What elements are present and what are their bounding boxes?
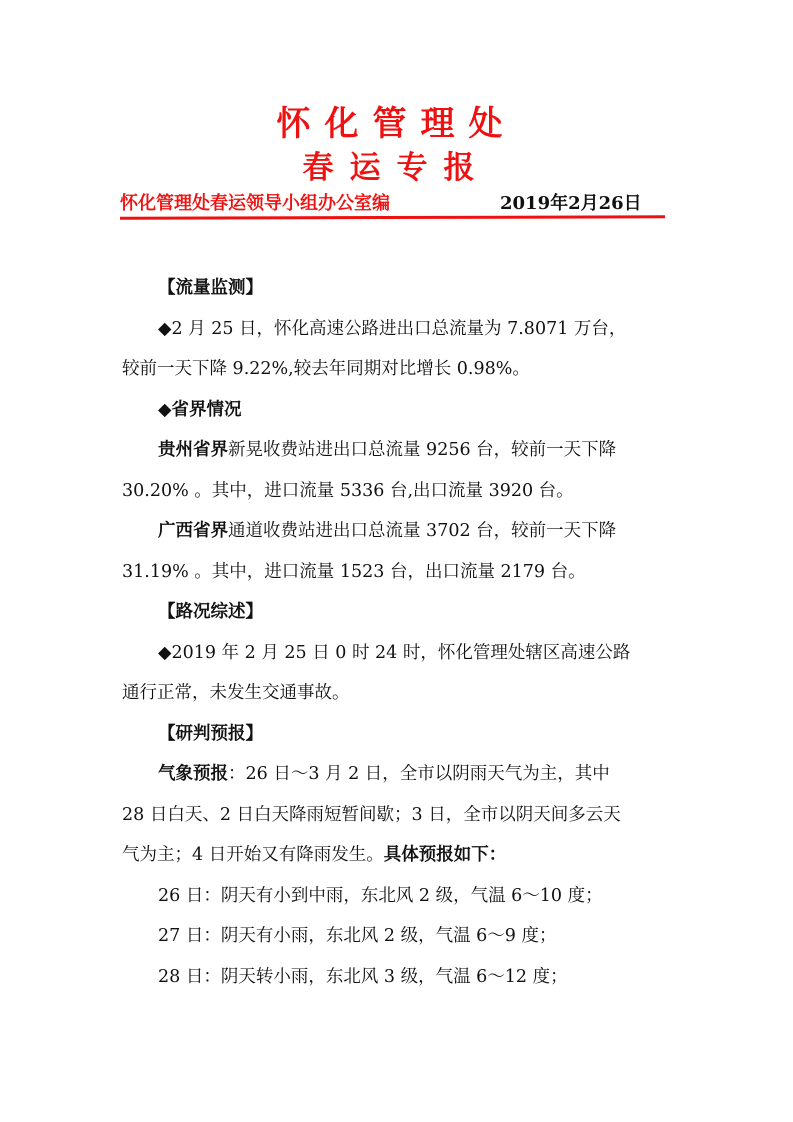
section-heading-forecast: 【研判预报】 bbox=[122, 714, 674, 755]
weather-text: 气为主；4 日开始又有降雨发生。 bbox=[122, 845, 384, 865]
weather-paragraph: 气象预报：26 日～3 月 2 日，全市以阴雨天气为主，其中 bbox=[122, 754, 674, 795]
flow-paragraph-line: ◆2 月 25 日，怀化高速公路进出口总流量为 7.8071 万台， bbox=[122, 309, 674, 350]
detail-label: 具体预报如下： bbox=[384, 845, 507, 865]
section-heading-road: 【路况综述】 bbox=[122, 592, 674, 633]
document-body: 【流量监测】 ◆2 月 25 日，怀化高速公路进出口总流量为 7.8071 万台… bbox=[122, 268, 674, 997]
guizhou-paragraph-line: 30.20% 。其中，进口流量 5336 台,出口流量 3920 台。 bbox=[122, 471, 674, 512]
report-date: 2019年2月26日 bbox=[500, 189, 642, 215]
weather-label: 气象预报 bbox=[158, 764, 228, 784]
forecast-day: 27 日：阴天有小雨，东北风 2 级，气温 6～9 度； bbox=[122, 916, 674, 957]
editor-line: 怀化管理处春运领导小组办公室编 bbox=[120, 189, 390, 215]
road-paragraph-line: ◆2019 年 2 月 25 日 0 时 24 时，怀化管理处辖区高速公路 bbox=[122, 633, 674, 674]
weather-paragraph-line: 气为主；4 日开始又有降雨发生。具体预报如下： bbox=[122, 835, 674, 876]
guangxi-paragraph-line: 31.19% 。其中，进口流量 1523 台，出口流量 2179 台。 bbox=[122, 552, 674, 593]
forecast-day: 28 日：阴天转小雨，东北风 3 级，气温 6～12 度； bbox=[122, 957, 674, 998]
section-heading-border: ◆省界情况 bbox=[122, 390, 674, 431]
section-heading-flow: 【流量监测】 bbox=[122, 268, 674, 309]
guizhou-paragraph: 贵州省界新晃收费站进出口总流量 9256 台，较前一天下降 bbox=[122, 430, 674, 471]
flow-paragraph-line: 较前一天下降 9.22%,较去年同期对比增长 0.98%。 bbox=[122, 349, 674, 390]
org-title: 怀化管理处 bbox=[0, 96, 793, 145]
weather-text: ：26 日～3 月 2 日，全市以阴雨天气为主，其中 bbox=[228, 764, 610, 784]
guizhou-label: 贵州省界 bbox=[158, 440, 228, 460]
weather-paragraph-line: 28 日白天、2 日白天降雨短暂间歇；3 日，全市以阴天间多云天 bbox=[122, 795, 674, 836]
guangxi-paragraph: 广西省界通道收费站进出口总流量 3702 台，较前一天下降 bbox=[122, 511, 674, 552]
guangxi-label: 广西省界 bbox=[158, 521, 228, 541]
red-divider bbox=[120, 215, 665, 219]
report-title: 春运专报 bbox=[0, 142, 793, 187]
guangxi-text: 通道收费站进出口总流量 3702 台，较前一天下降 bbox=[228, 521, 616, 541]
forecast-day: 26 日：阴天有小到中雨，东北风 2 级，气温 6～10 度； bbox=[122, 876, 674, 917]
guizhou-text: 新晃收费站进出口总流量 9256 台，较前一天下降 bbox=[228, 440, 616, 460]
road-paragraph-line: 通行正常，未发生交通事故。 bbox=[122, 673, 674, 714]
